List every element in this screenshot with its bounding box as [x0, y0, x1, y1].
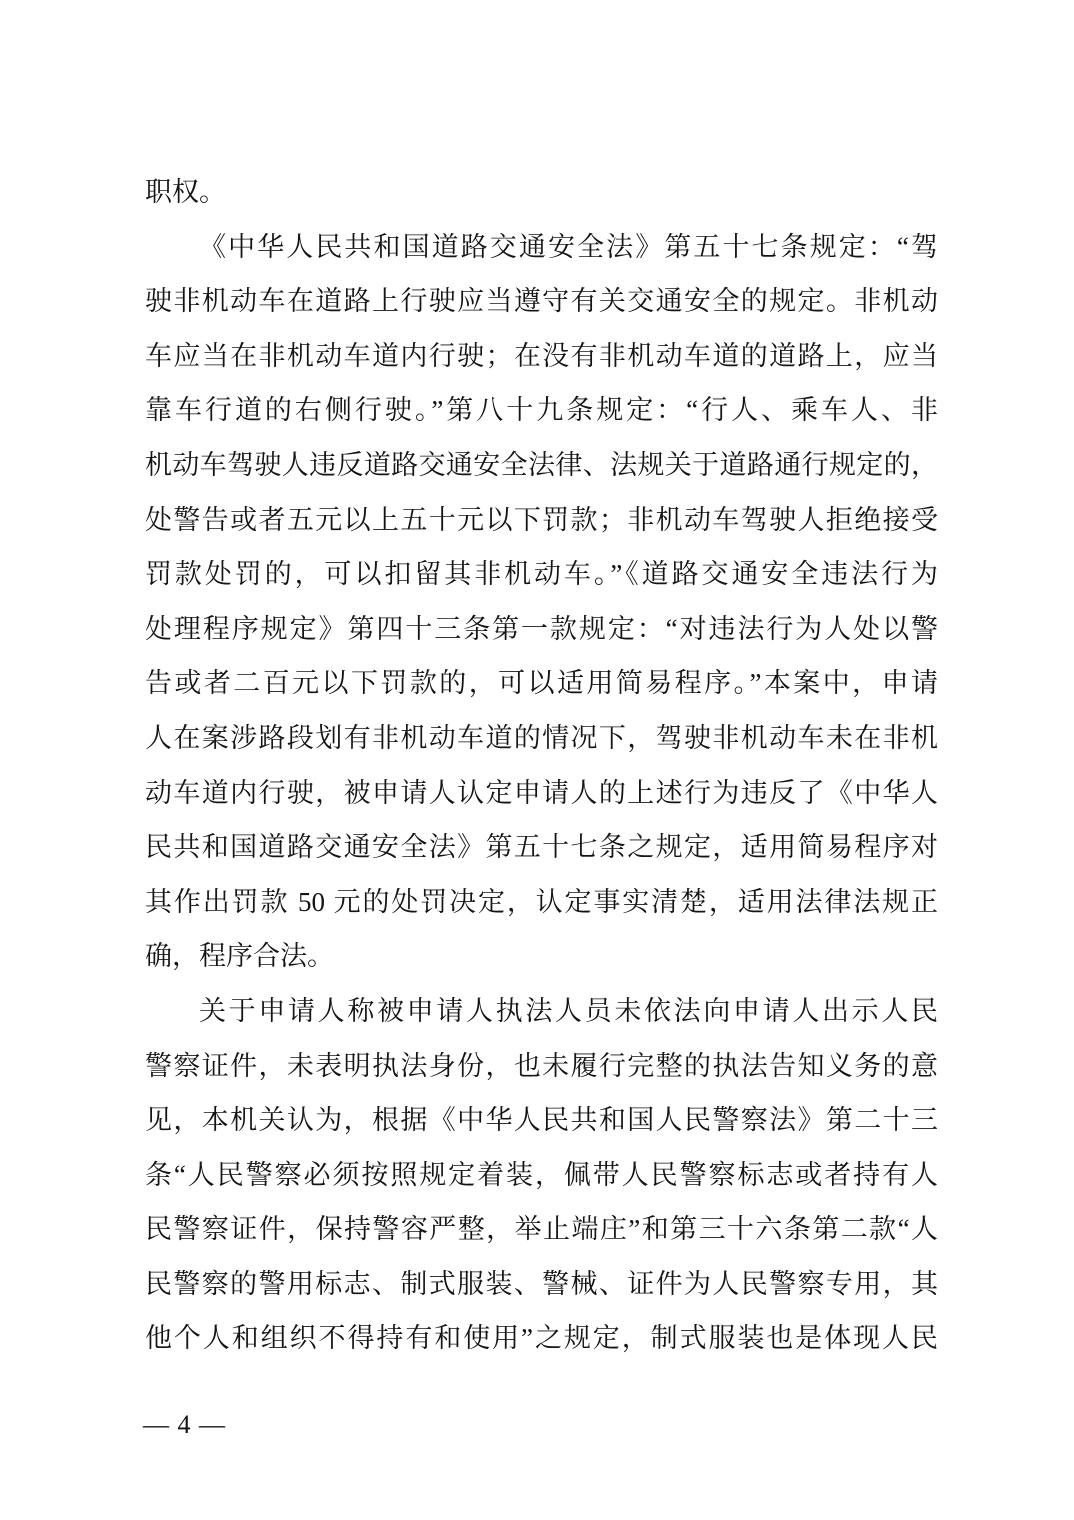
page-number: — 4 — — [143, 1412, 226, 1438]
text-line: 其作出罚款 50 元的处罚决定，认定事实清楚，适用法律法规正 — [145, 875, 938, 930]
text-line: 靠车行道的右侧行驶。”第八十九条规定：“行人、乘车人、非 — [145, 383, 938, 438]
text-line: 驶非机动车在道路上行驶应当遵守有关交通安全的规定。非机动 — [145, 274, 938, 329]
document-page: 职权。《中华人民共和国道路交通安全法》第五十七条规定：“驾驶非机动车在道路上行驶… — [0, 0, 1074, 1520]
text-line: 关于申请人称被申请人执法人员未依法向申请人出示人民 — [145, 984, 938, 1039]
text-line: 动车道内行驶，被申请人认定申请人的上述行为违反了《中华人 — [145, 766, 938, 821]
document-body: 职权。《中华人民共和国道路交通安全法》第五十七条规定：“驾驶非机动车在道路上行驶… — [145, 165, 938, 1366]
text-line: 罚款处罚的，可以扣留其非机动车。”《道路交通安全违法行为 — [145, 547, 938, 602]
text-line: 确，程序合法。 — [145, 929, 938, 984]
text-line: 车应当在非机动车道内行驶；在没有非机动车道的道路上，应当 — [145, 329, 938, 384]
text-line: 人在案涉路段划有非机动车道的情况下，驾驶非机动车未在非机 — [145, 711, 938, 766]
text-line: 条“人民警察必须按照规定着装，佩带人民警察标志或者持有人 — [145, 1148, 938, 1203]
text-line: 告或者二百元以下罚款的，可以适用简易程序。”本案中，申请 — [145, 656, 938, 711]
text-line: 处理程序规定》第四十三条第一款规定：“对违法行为人处以警 — [145, 602, 938, 657]
text-line: 职权。 — [145, 165, 938, 220]
text-line: 民警察的警用标志、制式服装、警械、证件为人民警察专用，其 — [145, 1257, 938, 1312]
text-line: 机动车驾驶人违反道路交通安全法律、法规关于道路通行规定的， — [145, 438, 938, 493]
text-line: 民共和国道路交通安全法》第五十七条之规定，适用简易程序对 — [145, 820, 938, 875]
text-line: 处警告或者五元以上五十元以下罚款；非机动车驾驶人拒绝接受 — [145, 493, 938, 548]
text-line: 见，本机关认为，根据《中华人民共和国人民警察法》第二十三 — [145, 1093, 938, 1148]
text-line: 民警察证件，保持警容严整，举止端庄”和第三十六条第二款“人 — [145, 1202, 938, 1257]
text-line: 警察证件，未表明执法身份，也未履行完整的执法告知义务的意 — [145, 1039, 938, 1094]
text-line: 《中华人民共和国道路交通安全法》第五十七条规定：“驾 — [145, 220, 938, 275]
text-line: 他个人和组织不得持有和使用”之规定，制式服装也是体现人民 — [145, 1311, 938, 1366]
